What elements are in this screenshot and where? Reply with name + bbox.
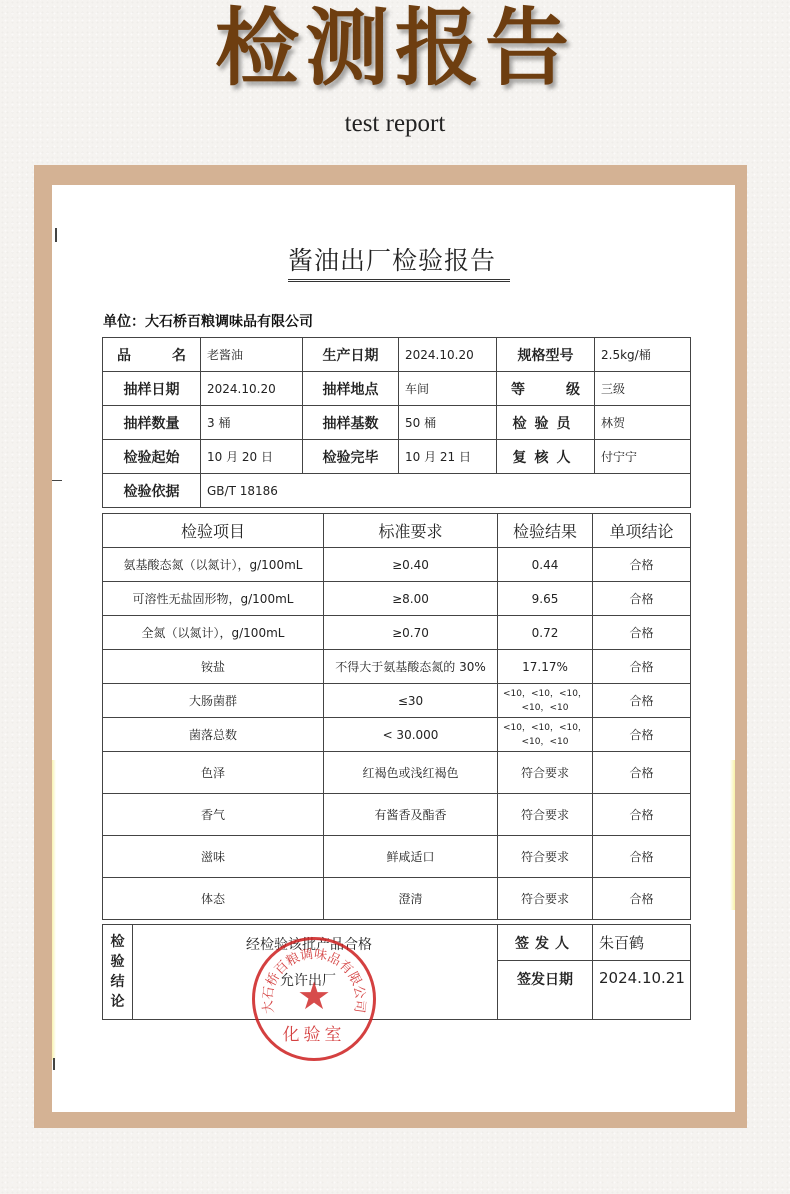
item: 香气	[103, 794, 324, 836]
label-conclusion: 检验结论	[103, 925, 133, 1020]
value-issue-date: 2024.10.21	[593, 961, 691, 1020]
item: 铵盐	[103, 650, 324, 684]
results-header: 检验项目 标准要求 检验结果 单项结论	[103, 514, 691, 548]
result-row: 体态 澄清 符合要求 合格	[103, 878, 691, 920]
label-inspection-start: 检验起始	[103, 440, 201, 474]
conclusion: 合格	[593, 548, 691, 582]
standard: 有酱香及酯香	[324, 794, 498, 836]
label-issue-date: 签发日期	[498, 961, 593, 1020]
value-inspection-start: 10 月 20 日	[201, 440, 303, 474]
value-sample-base: 50 桶	[399, 406, 497, 440]
header-conclusion: 单项结论	[593, 514, 691, 548]
hero-subtitle: test report	[0, 110, 790, 138]
info-row: 检验依据 GB/T 18186	[103, 474, 691, 508]
conclusion: 合格	[593, 650, 691, 684]
value-spec: 2.5kg/桶	[595, 338, 691, 372]
value-basis: GB/T 18186	[201, 474, 691, 508]
result: 符合要求	[498, 878, 593, 920]
standard: ≤30	[324, 684, 498, 718]
conclusion: 合格	[593, 878, 691, 920]
result-row: 滋味 鲜咸适口 符合要求 合格	[103, 836, 691, 878]
value-grade: 三级	[595, 372, 691, 406]
value-reviewer: 付宁宁	[595, 440, 691, 474]
conclusion: 合格	[593, 718, 691, 752]
hero-title: 检测报告	[0, 2, 790, 94]
header-item: 检验项目	[103, 514, 324, 548]
value-inspector: 林贺	[595, 406, 691, 440]
result: 0.44	[498, 548, 593, 582]
info-row: 抽样数量 3 桶 抽样基数 50 桶 检验员 林贺	[103, 406, 691, 440]
result-row: 色泽 红褐色或浅红褐色 符合要求 合格	[103, 752, 691, 794]
info-table: 品名 老酱油 生产日期 2024.10.20 规格型号 2.5kg/桶 抽样日期…	[102, 337, 691, 508]
standard: ≥0.70	[324, 616, 498, 650]
result-row: 氨基酸态氮（以氮计），g/100mL ≥0.40 0.44 合格	[103, 548, 691, 582]
value-sampling-date: 2024.10.20	[201, 372, 303, 406]
label-sampling-date: 抽样日期	[103, 372, 201, 406]
result: 符合要求	[498, 752, 593, 794]
result: 符合要求	[498, 836, 593, 878]
conclusion: 合格	[593, 684, 691, 718]
label-reviewer: 复核人	[497, 440, 595, 474]
standard: ≥0.40	[324, 548, 498, 582]
result-row: 菌落总数 < 30.000 <10，<10，<10，<10，<10 合格	[103, 718, 691, 752]
conclusion: 合格	[593, 836, 691, 878]
result: 符合要求	[498, 794, 593, 836]
item: 滋味	[103, 836, 324, 878]
item: 可溶性无盐固形物，g/100mL	[103, 582, 324, 616]
conclusion: 合格	[593, 616, 691, 650]
scan-mark	[55, 228, 57, 242]
result: 17.17%	[498, 650, 593, 684]
conclusion-table: 检验结论 签发人 朱百鹤 签发日期 2024.10.21	[102, 924, 691, 1020]
item: 氨基酸态氮（以氮计），g/100mL	[103, 548, 324, 582]
header-result: 检验结果	[498, 514, 593, 548]
label-grade: 等级	[497, 372, 595, 406]
scan-edge	[52, 760, 56, 1060]
result: <10，<10，<10，<10，<10	[498, 684, 593, 718]
result: 9.65	[498, 582, 593, 616]
seal-center-text: 化验室	[255, 1020, 373, 1045]
item: 菌落总数	[103, 718, 324, 752]
label-basis: 检验依据	[103, 474, 201, 508]
label-inspection-end: 检验完毕	[303, 440, 399, 474]
item: 色泽	[103, 752, 324, 794]
results-table: 检验项目 标准要求 检验结果 单项结论 氨基酸态氮（以氮计），g/100mL ≥…	[102, 513, 691, 920]
result-row: 香气 有酱香及酯香 符合要求 合格	[103, 794, 691, 836]
standard: < 30.000	[324, 718, 498, 752]
value-production-date: 2024.10.20	[399, 338, 497, 372]
standard: 澄清	[324, 878, 498, 920]
scan-edge	[730, 760, 735, 910]
info-row: 检验起始 10 月 20 日 检验完毕 10 月 21 日 复核人 付宁宁	[103, 440, 691, 474]
label-spec: 规格型号	[497, 338, 595, 372]
item: 体态	[103, 878, 324, 920]
label-sampling-location: 抽样地点	[303, 372, 399, 406]
item: 全氮（以氮计），g/100mL	[103, 616, 324, 650]
value-sampling-location: 车间	[399, 372, 497, 406]
document-title: 酱油出厂检验报告	[288, 241, 510, 282]
label-inspector: 检验员	[497, 406, 595, 440]
item: 大肠菌群	[103, 684, 324, 718]
label-sample-base: 抽样基数	[303, 406, 399, 440]
conclusion-row: 检验结论 签发人 朱百鹤	[103, 925, 691, 961]
standard: 鲜咸适口	[324, 836, 498, 878]
value-inspection-end: 10 月 21 日	[399, 440, 497, 474]
label-signer: 签发人	[498, 925, 593, 961]
label-product-name: 品名	[103, 338, 201, 372]
conclusion: 合格	[593, 752, 691, 794]
label-production-date: 生产日期	[303, 338, 399, 372]
result-row: 铵盐 不得大于氨基酸态氮的 30% 17.17% 合格	[103, 650, 691, 684]
company-seal: 大石桥百粮调味品有限公司 ★ 化验室	[252, 937, 376, 1061]
standard: 红褐色或浅红褐色	[324, 752, 498, 794]
result-row: 可溶性无盐固形物，g/100mL ≥8.00 9.65 合格	[103, 582, 691, 616]
result-row: 全氮（以氮计），g/100mL ≥0.70 0.72 合格	[103, 616, 691, 650]
scan-mark	[53, 1058, 55, 1070]
company-unit: 单位：大石桥百粮调味品有限公司	[103, 311, 313, 331]
result: 0.72	[498, 616, 593, 650]
result: <10，<10，<10，<10，<10	[498, 718, 593, 752]
conclusion: 合格	[593, 582, 691, 616]
standard: 不得大于氨基酸态氮的 30%	[324, 650, 498, 684]
conclusion: 合格	[593, 794, 691, 836]
standard: ≥8.00	[324, 582, 498, 616]
header-standard: 标准要求	[324, 514, 498, 548]
result-row: 大肠菌群 ≤30 <10，<10，<10，<10，<10 合格	[103, 684, 691, 718]
info-row: 抽样日期 2024.10.20 抽样地点 车间 等级 三级	[103, 372, 691, 406]
value-product-name: 老酱油	[201, 338, 303, 372]
label-sample-qty: 抽样数量	[103, 406, 201, 440]
value-sample-qty: 3 桶	[201, 406, 303, 440]
star-icon: ★	[297, 974, 331, 1018]
info-row: 品名 老酱油 生产日期 2024.10.20 规格型号 2.5kg/桶	[103, 338, 691, 372]
value-signer: 朱百鹤	[593, 925, 691, 961]
scan-mark	[52, 480, 62, 481]
